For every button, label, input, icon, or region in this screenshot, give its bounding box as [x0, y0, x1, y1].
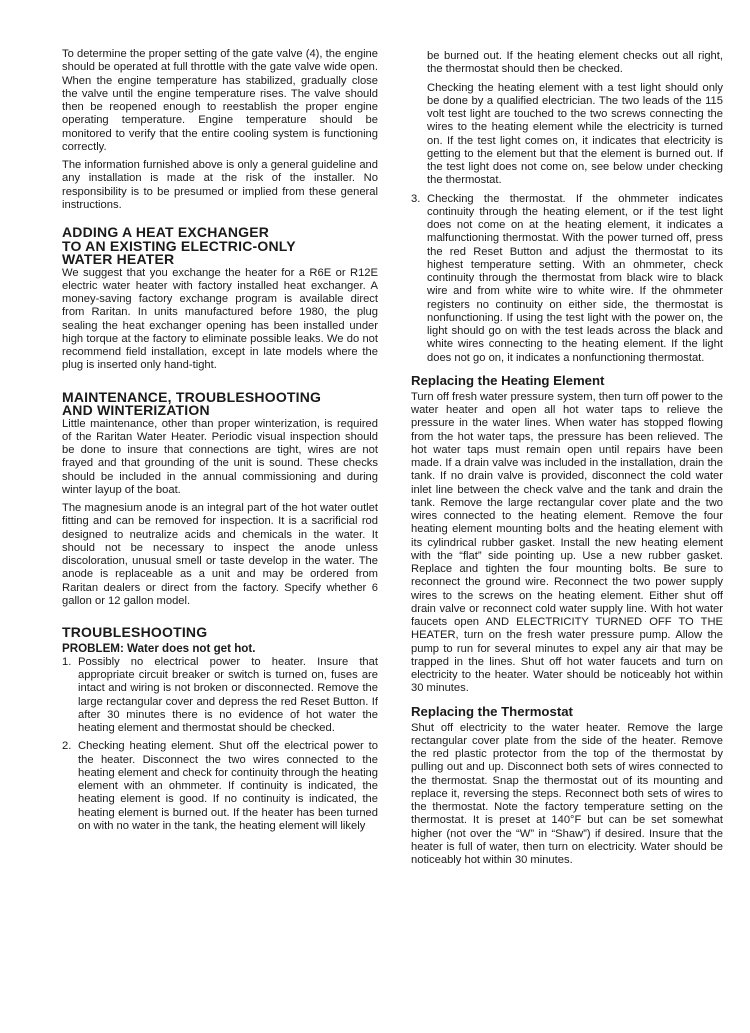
item-text: Checking heating element. Shut off the e… [78, 740, 378, 833]
replacing-thermostat-heading: Replacing the Thermostat [411, 704, 723, 720]
right-column: be burned out. If the heating element ch… [411, 50, 723, 872]
item-number: 2. [62, 740, 78, 833]
item-text: Possibly no electrical power to heater. … [78, 656, 378, 736]
replacing-thermostat-body: Shut off electricity to the water heater… [411, 722, 723, 868]
maintenance-paragraph: Little maintenance, other than proper wi… [62, 418, 378, 498]
replacing-element-body: Turn off fresh water pressure system, th… [411, 391, 723, 696]
item-2-continued: be burned out. If the heating element ch… [411, 50, 723, 77]
anode-paragraph: The magnesium anode is an integral part … [62, 502, 378, 608]
item-number: 3. [411, 193, 427, 365]
problem-statement: PROBLEM: Water does not get hot. [62, 642, 378, 655]
troubleshooting-item-3: 3. Checking the thermostat. If the ohmme… [411, 193, 723, 365]
left-column: To determine the proper setting of the g… [62, 48, 378, 838]
manual-page: To determine the proper setting of the g… [0, 0, 750, 1033]
test-light-paragraph: Checking the heating element with a test… [411, 82, 723, 188]
replacing-element-heading: Replacing the Heating Element [411, 373, 723, 389]
troubleshooting-item-1: 1. Possibly no electrical power to heate… [62, 656, 378, 736]
maintenance-heading: MAINTENANCE, TROUBLESHOOTING AND WINTERI… [62, 391, 378, 418]
heat-exchanger-heading: ADDING A HEAT EXCHANGER TO AN EXISTING E… [62, 226, 378, 267]
gate-valve-paragraph: To determine the proper setting of the g… [62, 48, 378, 154]
troubleshooting-heading: TROUBLESHOOTING [62, 626, 378, 640]
disclaimer-paragraph: The information furnished above is only … [62, 159, 378, 212]
item-text: Checking the thermostat. If the ohmmeter… [427, 193, 723, 365]
heat-exchanger-body: We suggest that you exchange the heater … [62, 267, 378, 373]
troubleshooting-item-2: 2. Checking heating element. Shut off th… [62, 740, 378, 833]
item-number: 1. [62, 656, 78, 736]
